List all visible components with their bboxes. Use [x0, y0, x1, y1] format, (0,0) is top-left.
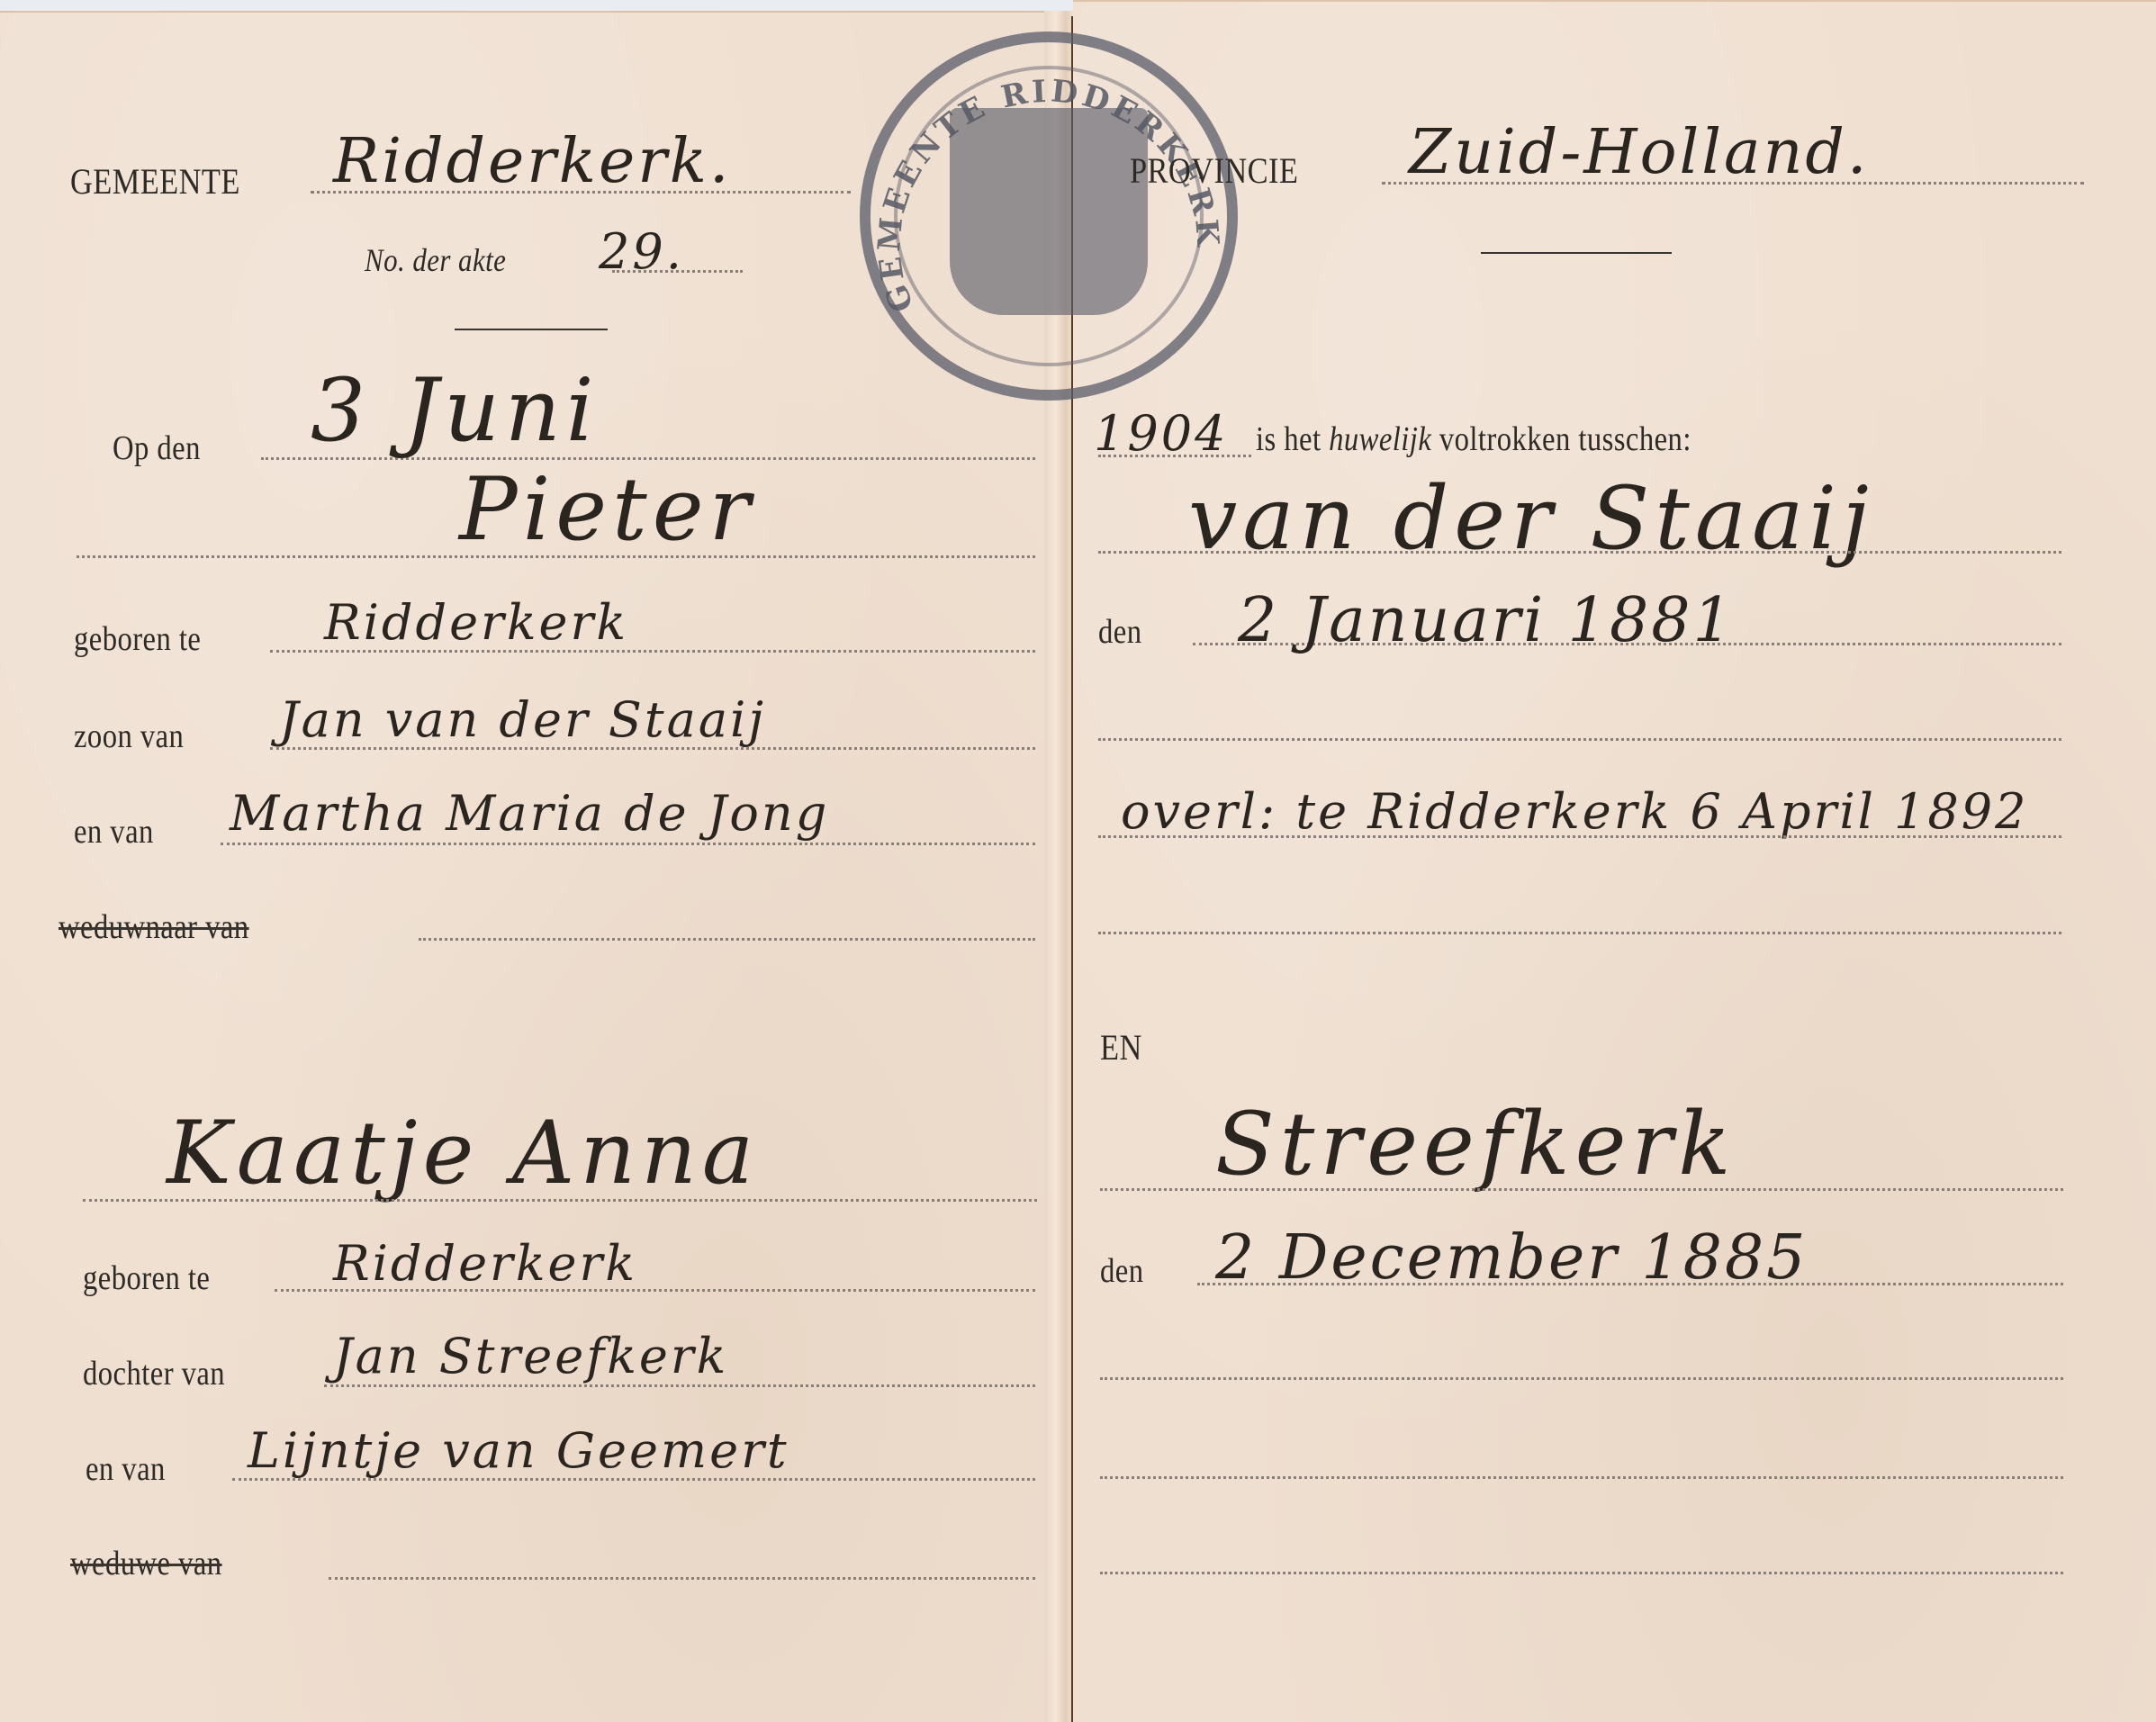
bride-name-dotted-line	[83, 1199, 1037, 1202]
bride-mother: Lijntje van Geemert	[248, 1422, 789, 1479]
blank-dotted-line-2	[1098, 932, 2061, 934]
groom-surname-dotted-line	[1098, 551, 2061, 554]
groom-firstname: Pieter	[459, 459, 755, 560]
zoon-van-label: zoon van	[74, 717, 184, 756]
provincie-rule	[1481, 252, 1672, 254]
groom-date-label: den	[1098, 612, 1141, 652]
marriage-year: 1904	[1094, 405, 1228, 462]
gemeente-label: GEMEENTE	[70, 160, 240, 203]
groom-mother-label: en van	[74, 812, 154, 852]
groom-name-dotted-line	[77, 555, 1035, 558]
groom-birthdate: 2 Januari 1881	[1238, 585, 1735, 656]
groom-father: Jan van der Staaij	[279, 691, 766, 748]
blank-dotted-line-4	[1100, 1476, 2063, 1479]
gemeente-value: Ridderkerk.	[333, 126, 732, 197]
akte-number: 29.	[599, 223, 684, 280]
groom-mother-dotted-line	[221, 843, 1035, 845]
op-den-label: Op den	[113, 428, 201, 468]
dochter-van-dotted-line	[324, 1384, 1035, 1387]
bride-father: Jan Streefkerk	[333, 1328, 728, 1384]
akte-label: No. der akte	[365, 241, 506, 279]
akte-rule	[455, 329, 608, 330]
groom-birthplace: Ridderkerk	[324, 594, 628, 651]
marriage-day-month: 3 Juni	[311, 360, 599, 461]
groom-mother-death-note: overl: te Ridderkerk 6 April 1892	[1121, 783, 2028, 840]
weduwnaar-label-struck: weduwnaar van	[59, 907, 249, 947]
note-dotted-line	[1098, 835, 2061, 838]
bride-born-label: geboren te	[83, 1258, 210, 1298]
stamp-text: GEMEENTE RIDDERKERK	[860, 32, 1238, 401]
bride-date-label: den	[1100, 1251, 1143, 1291]
weduwnaar-dotted-line	[419, 938, 1035, 941]
en-label: EN	[1100, 1026, 1142, 1068]
bride-birthplace: Ridderkerk	[333, 1235, 637, 1292]
blank-dotted-line-3	[1100, 1377, 2063, 1380]
bride-surname-dotted-line	[1100, 1188, 2063, 1191]
bride-mother-label: en van	[86, 1449, 166, 1489]
bride-surname: Streefkerk	[1215, 1094, 1736, 1195]
marriage-statement: is het huwelijk voltrokken tusschen:	[1256, 419, 1691, 459]
marriage-booklet-spread: GEMEENTE RIDDERKERK GEMEENTE Ridderkerk.…	[0, 0, 2156, 1722]
groom-surname: van der Staaij	[1188, 468, 1874, 569]
groom-born-label: geboren te	[74, 619, 201, 659]
svg-text:GEMEENTE RIDDERKERK: GEMEENTE RIDDERKERK	[871, 73, 1226, 316]
provincie-value: Zuid-Holland.	[1409, 117, 1870, 188]
blank-dotted-line-5	[1100, 1572, 2063, 1574]
bride-firstnames: Kaatje Anna	[167, 1103, 759, 1204]
weduwe-dotted-line	[329, 1577, 1035, 1580]
dochter-van-label: dochter van	[83, 1354, 225, 1393]
provincie-label: PROVINCIE	[1130, 149, 1298, 192]
groom-mother: Martha Maria de Jong	[230, 785, 829, 842]
weduwe-label-struck: weduwe van	[70, 1544, 222, 1583]
bride-birthdate: 2 December 1885	[1215, 1222, 1808, 1294]
blank-dotted-line-1	[1098, 738, 2061, 741]
